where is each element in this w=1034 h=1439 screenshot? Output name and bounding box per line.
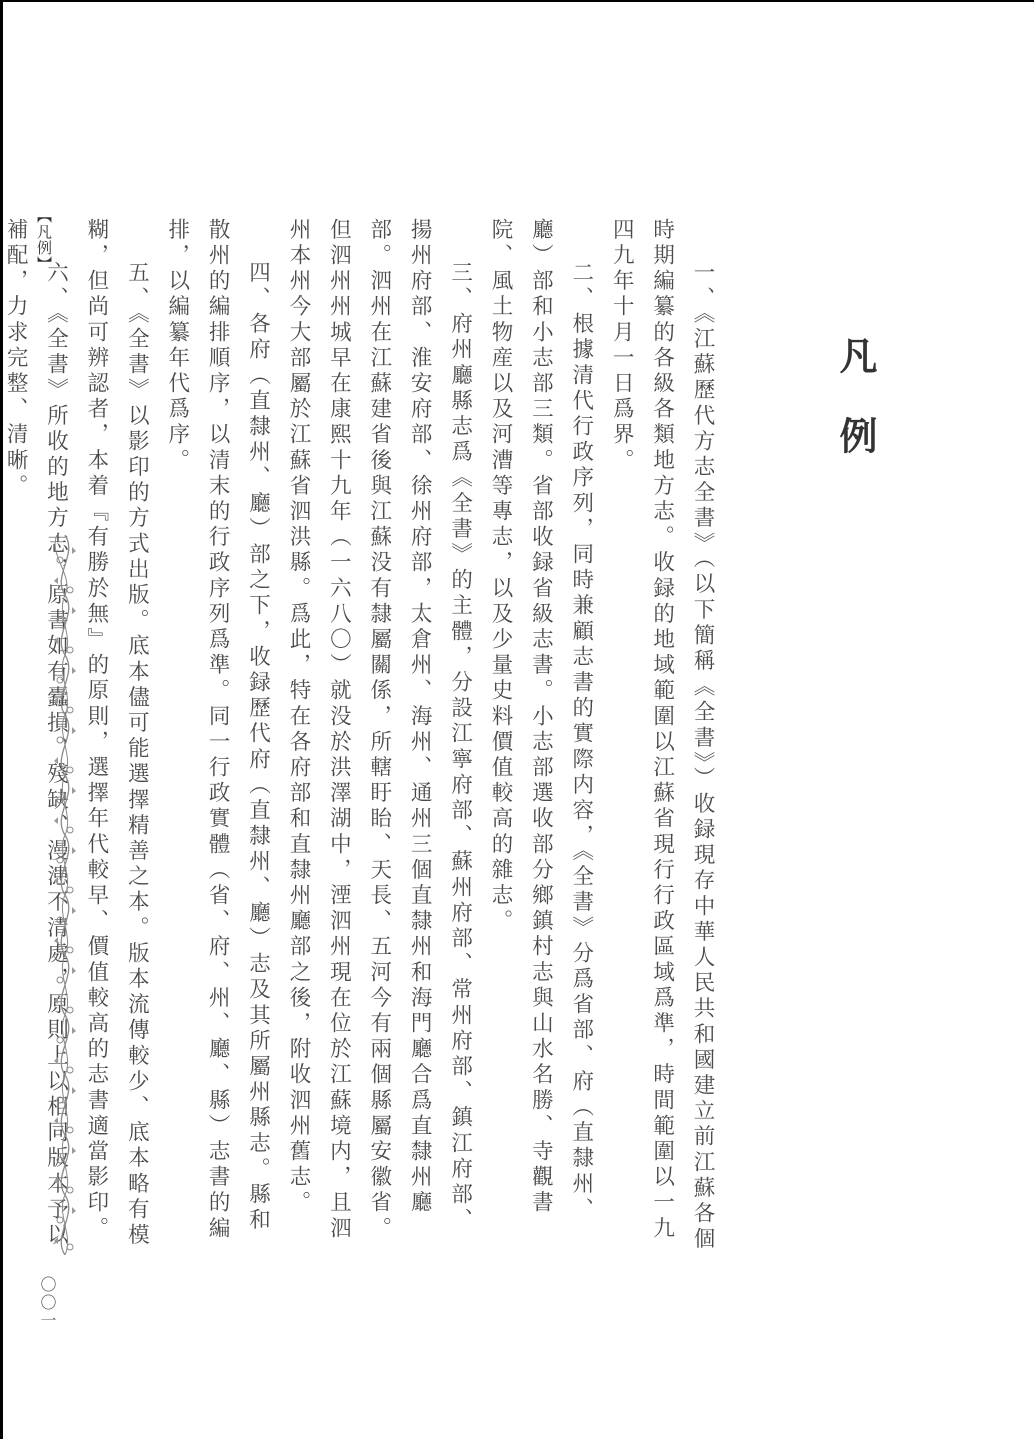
- page-title: 凡例: [836, 336, 874, 496]
- paragraph-5: 五、《全書》以影印的方式出版。底本儘可能選擇精善之本。版本流傳較少、底本略有模糊…: [76, 218, 157, 1258]
- paragraph-4: 四、各府（直隸州、廳）部之下，收録歷代府（直隸州、廳）志及其所屬州縣志。縣和散州…: [156, 218, 277, 1258]
- paragraph-2: 二、根據清代行政序列，同時兼顧志書的實際内容，《全書》分爲省部、府（直隸州、廳）…: [480, 218, 601, 1258]
- vine-border-ornament-icon: [52, 535, 78, 1255]
- page-number: 〇〇一: [36, 1276, 59, 1330]
- paragraph-1: 一、《江蘇歷代方志全書》（以下簡稱《全書》）收録現存中華人民共和國建立前江蘇各個…: [601, 218, 722, 1258]
- running-head: 【凡例】: [34, 208, 55, 272]
- paragraph-3: 三、府州廳縣志爲《全書》的主體，分設江寧府部、蘇州府部、常州府部、鎮江府部、揚州…: [278, 218, 480, 1258]
- body-text: 一、《江蘇歷代方志全書》（以下簡稱《全書》）收録現存中華人民共和國建立前江蘇各個…: [0, 218, 722, 1258]
- scan-frame-top-edge: [0, 0, 1034, 2]
